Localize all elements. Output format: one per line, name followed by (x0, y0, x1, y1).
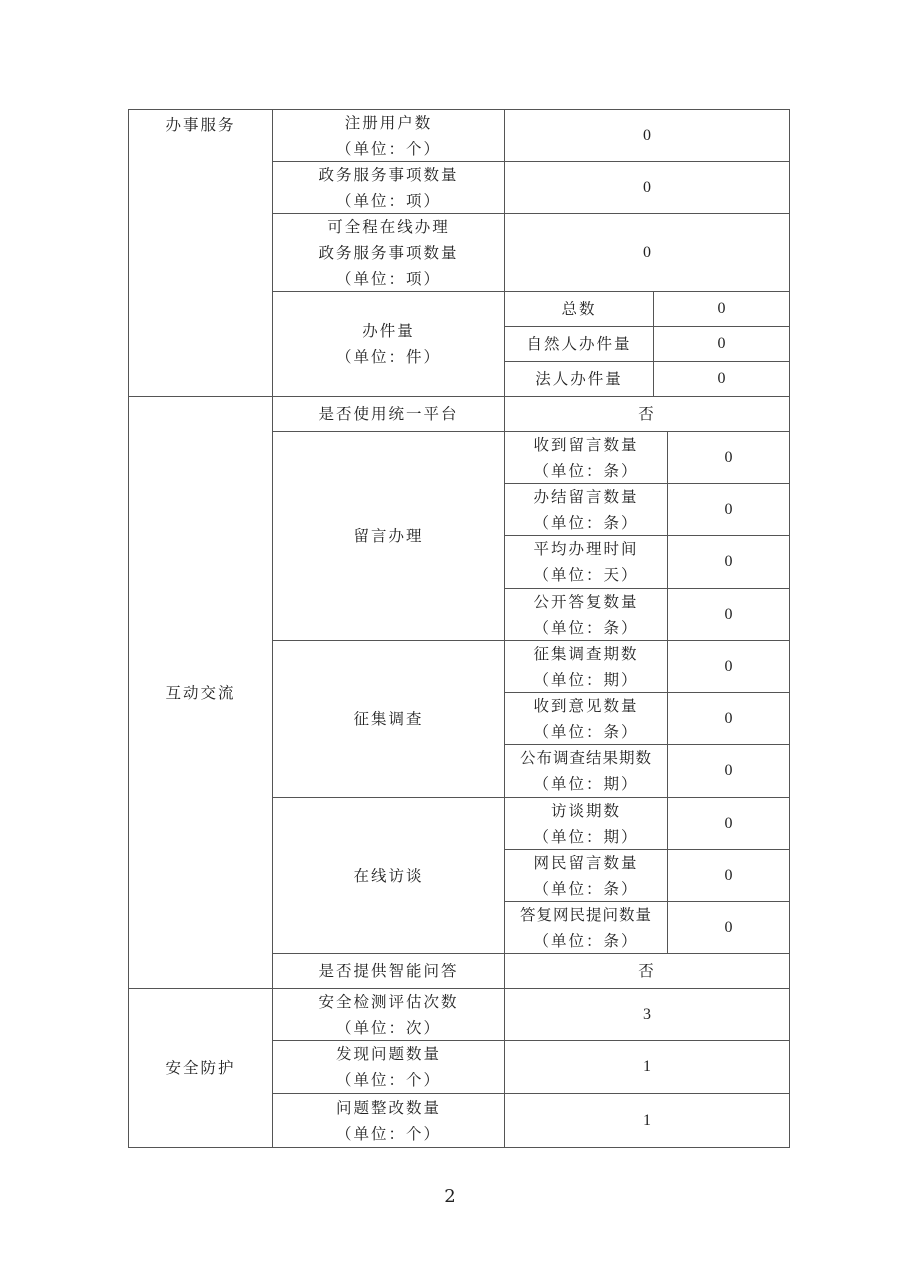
sub-row-unit: （单位：条） (533, 928, 638, 954)
category-label: 互动交流 (165, 680, 235, 706)
sub-label-cell: 收到留言数量 （单位：条） (505, 432, 667, 483)
row-value: 否 (638, 958, 656, 984)
row-unit: （单位：项） (336, 188, 441, 214)
value-cell: 0 (505, 162, 789, 213)
label-cell: 注册用户数 （单位：个） (273, 110, 504, 161)
row-unit: （单位：个） (336, 136, 441, 162)
value-cell: 否 (505, 397, 789, 431)
row-unit: （单位：个） (336, 1067, 441, 1093)
row-label: 注册用户数 (345, 110, 433, 136)
sub-label-cell: 收到意见数量 （单位：条） (505, 693, 667, 744)
sub-row-unit: （单位：条） (533, 719, 638, 745)
sub-value-cell: 0 (654, 327, 789, 361)
row-unit: （单位：项） (336, 266, 441, 292)
row-label: 发现问题数量 (336, 1041, 441, 1067)
row-value: 0 (643, 123, 651, 149)
sub-row-value: 0 (725, 811, 733, 837)
sub-label-cell: 答复网民提问数量 （单位：条） (505, 902, 667, 953)
label-cell: 发现问题数量 （单位：个） (273, 1041, 504, 1093)
row-label: 可全程在线办理 (327, 214, 450, 240)
sub-value-cell: 0 (668, 693, 789, 744)
row-label: 政务服务事项数量 (318, 162, 458, 188)
row-label: 留言办理 (353, 523, 423, 549)
sub-row-value: 0 (718, 331, 726, 357)
value-cell: 否 (505, 954, 789, 988)
sub-row-value: 0 (725, 445, 733, 471)
sub-row-value: 0 (718, 366, 726, 392)
sub-value-cell: 0 (668, 798, 789, 849)
sub-label-cell: 访谈期数 （单位：期） (505, 798, 667, 849)
sub-row-unit: （单位：天） (533, 562, 638, 588)
row-value: 1 (643, 1108, 651, 1134)
sub-value-cell: 0 (668, 850, 789, 901)
sub-row-label: 总数 (561, 296, 596, 322)
label-cell: 在线访谈 (273, 798, 504, 953)
sub-label-cell: 法人办件量 (505, 362, 653, 396)
category-label: 办事服务 (165, 112, 235, 138)
sub-row-unit: （单位：期） (533, 824, 638, 850)
value-cell: 3 (505, 989, 789, 1040)
sub-row-label: 访谈期数 (551, 798, 621, 824)
row-unit: （单位：个） (336, 1121, 441, 1147)
sub-row-label: 收到留言数量 (533, 432, 638, 458)
label-cell: 问题整改数量 （单位：个） (273, 1094, 504, 1147)
sub-label-cell: 征集调查期数 （单位：期） (505, 641, 667, 692)
value-cell: 0 (505, 214, 789, 291)
sub-row-label: 答复网民提问数量 (520, 902, 652, 928)
label-cell: 征集调查 (273, 641, 504, 797)
value-cell: 1 (505, 1041, 789, 1093)
row-label: 是否提供智能问答 (318, 958, 458, 984)
category-cell: 安全防护 (129, 989, 272, 1147)
category-cell: 互动交流 (129, 397, 272, 988)
row-label: 办件量 (362, 318, 415, 344)
sub-row-value: 0 (725, 549, 733, 575)
category-label: 安全防护 (165, 1055, 235, 1081)
sub-label-cell: 总数 (505, 292, 653, 326)
sub-value-cell: 0 (668, 641, 789, 692)
label-cell: 留言办理 (273, 432, 504, 640)
sub-label-cell: 公开答复数量 （单位：条） (505, 589, 667, 640)
sub-value-cell: 0 (668, 745, 789, 797)
sub-row-label: 公布调查结果期数 (520, 745, 652, 771)
row-unit: （单位：件） (336, 344, 441, 370)
row-label: 是否使用统一平台 (318, 401, 458, 427)
sub-row-unit: （单位：期） (533, 667, 638, 693)
sub-row-label: 自然人办件量 (526, 331, 631, 357)
sub-value-cell: 0 (654, 292, 789, 326)
row-label: 问题整改数量 (336, 1095, 441, 1121)
sub-row-label: 征集调查期数 (533, 641, 638, 667)
value-cell: 1 (505, 1094, 789, 1147)
row-label: 安全检测评估次数 (318, 989, 458, 1015)
sub-value-cell: 0 (668, 589, 789, 640)
sub-value-cell: 0 (668, 432, 789, 483)
value-cell: 0 (505, 110, 789, 161)
sub-row-value: 0 (725, 863, 733, 889)
category-cell: 办事服务 (129, 110, 272, 396)
row-value: 1 (643, 1054, 651, 1080)
sub-row-value: 0 (718, 296, 726, 322)
table-border-right (789, 109, 790, 1148)
page-number: 2 (0, 1186, 900, 1207)
sub-label-cell: 网民留言数量 （单位：条） (505, 850, 667, 901)
document-page: 办事服务 注册用户数 （单位：个） 0 政务服务事项数量 （单位：项） 0 可全… (0, 0, 900, 1273)
sub-value-cell: 0 (668, 902, 789, 953)
table-border-bottom (128, 1147, 790, 1148)
sub-row-unit: （单位：期） (533, 771, 638, 797)
sub-row-value: 0 (725, 706, 733, 732)
label-cell: 安全检测评估次数 （单位：次） (273, 989, 504, 1040)
label-cell: 是否使用统一平台 (273, 397, 504, 431)
sub-row-label: 公开答复数量 (533, 589, 638, 615)
label-cell: 办件量 （单位：件） (273, 292, 504, 396)
sub-label-cell: 自然人办件量 (505, 327, 653, 361)
sub-label-cell: 公布调查结果期数 （单位：期） (505, 745, 667, 797)
row-value: 3 (643, 1002, 651, 1028)
sub-value-cell: 0 (668, 536, 789, 588)
sub-row-unit: （单位：条） (533, 615, 638, 641)
row-value: 0 (643, 175, 651, 201)
row-label: 在线访谈 (353, 863, 423, 889)
sub-row-value: 0 (725, 915, 733, 941)
sub-row-label: 平均办理时间 (533, 536, 638, 562)
label-cell: 是否提供智能问答 (273, 954, 504, 988)
sub-row-value: 0 (725, 497, 733, 523)
row-label: 征集调查 (353, 706, 423, 732)
sub-row-label: 收到意见数量 (533, 693, 638, 719)
label-cell: 政务服务事项数量 （单位：项） (273, 162, 504, 213)
row-unit: （单位：次） (336, 1015, 441, 1041)
row-label: 政务服务事项数量 (318, 240, 458, 266)
sub-row-label: 法人办件量 (535, 366, 623, 392)
sub-label-cell: 办结留言数量 （单位：条） (505, 484, 667, 535)
sub-row-value: 0 (725, 758, 733, 784)
sub-row-unit: （单位：条） (533, 510, 638, 536)
sub-row-unit: （单位：条） (533, 876, 638, 902)
row-value: 否 (638, 401, 656, 427)
sub-value-cell: 0 (654, 362, 789, 396)
sub-label-cell: 平均办理时间 （单位：天） (505, 536, 667, 588)
sub-row-label: 网民留言数量 (533, 850, 638, 876)
label-cell: 可全程在线办理 政务服务事项数量 （单位：项） (273, 214, 504, 291)
sub-row-value: 0 (725, 602, 733, 628)
sub-row-label: 办结留言数量 (533, 484, 638, 510)
sub-row-value: 0 (725, 654, 733, 680)
row-value: 0 (643, 240, 651, 266)
sub-row-unit: （单位：条） (533, 458, 638, 484)
sub-value-cell: 0 (668, 484, 789, 535)
